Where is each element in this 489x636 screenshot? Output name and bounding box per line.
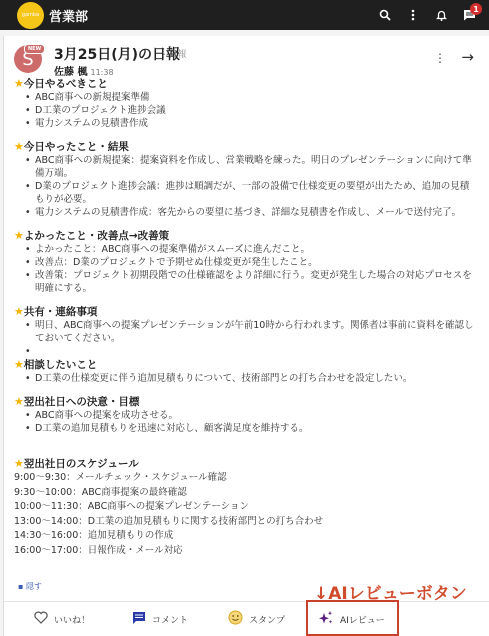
schedule-list: 9:00〜9:30：メールチェック・スケジュール確認 9:30〜10:00：AB… — [14, 471, 474, 558]
star-icon: ★ — [14, 77, 24, 90]
section-title: ★翌出社日のスケジュール — [14, 457, 474, 471]
author-name: 佐藤 楓11:38 — [54, 63, 114, 78]
list-item — [25, 345, 474, 358]
list-item: ABC商事への新規提案準備 — [25, 91, 474, 104]
star-icon: ★ — [14, 305, 24, 318]
more-vert-icon[interactable]: ⋮ — [434, 51, 446, 65]
post-body: ★今日やるべきこと ABC商事への新規提案準備 D工業のプロジェクト進捗会議 電… — [14, 77, 474, 558]
comment-label: コメント — [152, 613, 188, 626]
section-title: ★今日やるべきこと — [14, 77, 474, 91]
section-title: ★翌出社日への決意・目標 — [14, 395, 474, 409]
smiley-icon — [228, 610, 243, 629]
page-title: 営業部 — [49, 6, 88, 25]
list-item: D工業のプロジェクト進捗会議 — [25, 104, 474, 117]
top-bar: gamba 営業部 1 — [0, 0, 489, 30]
section-list: よかったこと：ABC商事への提案準備がスムーズに進んだこと。 改善点：D業のプロ… — [14, 243, 474, 295]
list-item: 改善点：D業のプロジェクトで予期せぬ仕様変更が発生したこと。 — [25, 256, 474, 269]
app-logo[interactable]: gamba — [17, 2, 44, 29]
list-item: D工業の仕様変更に伴う追加見積もりについて、技術部門との打ち合わせを設定したい。 — [25, 372, 474, 385]
schedule-line: 10:00〜11:30：ABC商事への提案プレゼンテーション — [14, 500, 474, 515]
list-item: D工業の追加見積もりを迅速に対応し、顧客満足度を維持する。 — [25, 422, 474, 435]
bell-icon[interactable] — [427, 0, 455, 30]
list-item: 明日、ABC商事への提案プレゼンテーションが午前10時から行われます。関係者は事… — [25, 319, 474, 345]
section-title: ★よかったこと・改善点→改善策 — [14, 229, 474, 243]
list-item: よかったこと：ABC商事への提案準備がスムーズに進んだこと。 — [25, 243, 474, 256]
post-header: S NEW 3月25日(月)の日報 › 日報 佐藤 楓11:38 ⋮ → — [4, 36, 489, 76]
schedule-line: 9:00〜9:30：メールチェック・スケジュール確認 — [14, 471, 474, 486]
comment-icon — [132, 611, 146, 629]
like-button[interactable]: いいね！ — [34, 602, 90, 636]
notification-badge: 1 — [470, 3, 482, 15]
list-item: 電力システムの見積書作成 — [25, 117, 474, 130]
stamp-button[interactable]: スタンプ — [228, 602, 285, 636]
section-list: ABC商事への新規提案：提案資料を作成し、営業戦略を練った。明日のプレゼンテーシ… — [14, 154, 474, 219]
arrow-right-icon[interactable]: → — [461, 48, 474, 66]
section-list: ABC商事への新規提案準備 D工業のプロジェクト進捗会議 電力システムの見積書作… — [14, 91, 474, 130]
action-bar: いいね！ コメント スタンプ AIレビュー — [4, 601, 489, 636]
star-icon: ★ — [14, 140, 24, 153]
hide-link-label: 隠す — [26, 582, 42, 591]
star-icon: ★ — [14, 457, 24, 470]
schedule-line: 9:30〜10:00：ABC商事提案の最終確認 — [14, 486, 474, 501]
hide-link[interactable]: ▪ 隠す — [18, 581, 42, 592]
new-badge: NEW — [24, 44, 45, 54]
schedule-line: 14:30〜16:00：追加見積もりの作成 — [14, 529, 474, 544]
highlight-box — [306, 600, 399, 636]
section-title: ★共有・連絡事項 — [14, 305, 474, 319]
section-list: 明日、ABC商事への提案プレゼンテーションが午前10時から行われます。関係者は事… — [14, 319, 474, 358]
list-item: ABC商事への提案を成功させる。 — [25, 409, 474, 422]
list-item: 改善策：プロジェクト初期段階での仕様確認をより詳細に行う。変更が発生した場合の対… — [25, 269, 474, 295]
heart-icon — [34, 611, 48, 628]
list-item: 電力システムの見積書作成：客先からの要望に基づき、詳細な見積書を作成し、メールで… — [25, 206, 474, 219]
star-icon: ★ — [14, 358, 24, 371]
list-item: D業のプロジェクト進捗会議：進捗は順調だが、一部の設備で仕様変更の要望が出たため… — [25, 180, 474, 206]
star-icon: ★ — [14, 395, 24, 408]
like-label: いいね！ — [54, 613, 90, 626]
stamp-label: スタンプ — [249, 613, 285, 626]
comment-button[interactable]: コメント — [132, 602, 188, 636]
section-list: ABC商事への提案を成功させる。 D工業の追加見積もりを迅速に対応し、顧客満足度… — [14, 409, 474, 435]
star-icon: ★ — [14, 229, 24, 242]
section-title: ★今日やったこと・結果 — [14, 140, 474, 154]
section-list: D工業の仕様変更に伴う追加見積もりについて、技術部門との打ち合わせを設定したい。 — [14, 372, 474, 385]
more-vert-icon[interactable] — [399, 0, 427, 30]
schedule-line: 16:00〜17:00：日報作成・メール対応 — [14, 544, 474, 559]
schedule-line: 13:00〜14:00：D工業の追加見積もりに関する技術部門との打ち合わせ — [14, 515, 474, 530]
post-time: 11:38 — [90, 68, 113, 77]
logo-text: gamba — [22, 12, 39, 18]
section-title: ★相談したいこと — [14, 358, 474, 372]
post-card: S NEW 3月25日(月)の日報 › 日報 佐藤 楓11:38 ⋮ → ★今日… — [3, 36, 489, 636]
breadcrumb[interactable]: › 日報 — [162, 47, 186, 60]
chat-icon[interactable]: 1 — [455, 0, 483, 30]
search-icon[interactable] — [371, 0, 399, 30]
list-item: ABC商事への新規提案：提案資料を作成し、営業戦略を練った。明日のプレゼンテーシ… — [25, 154, 474, 180]
